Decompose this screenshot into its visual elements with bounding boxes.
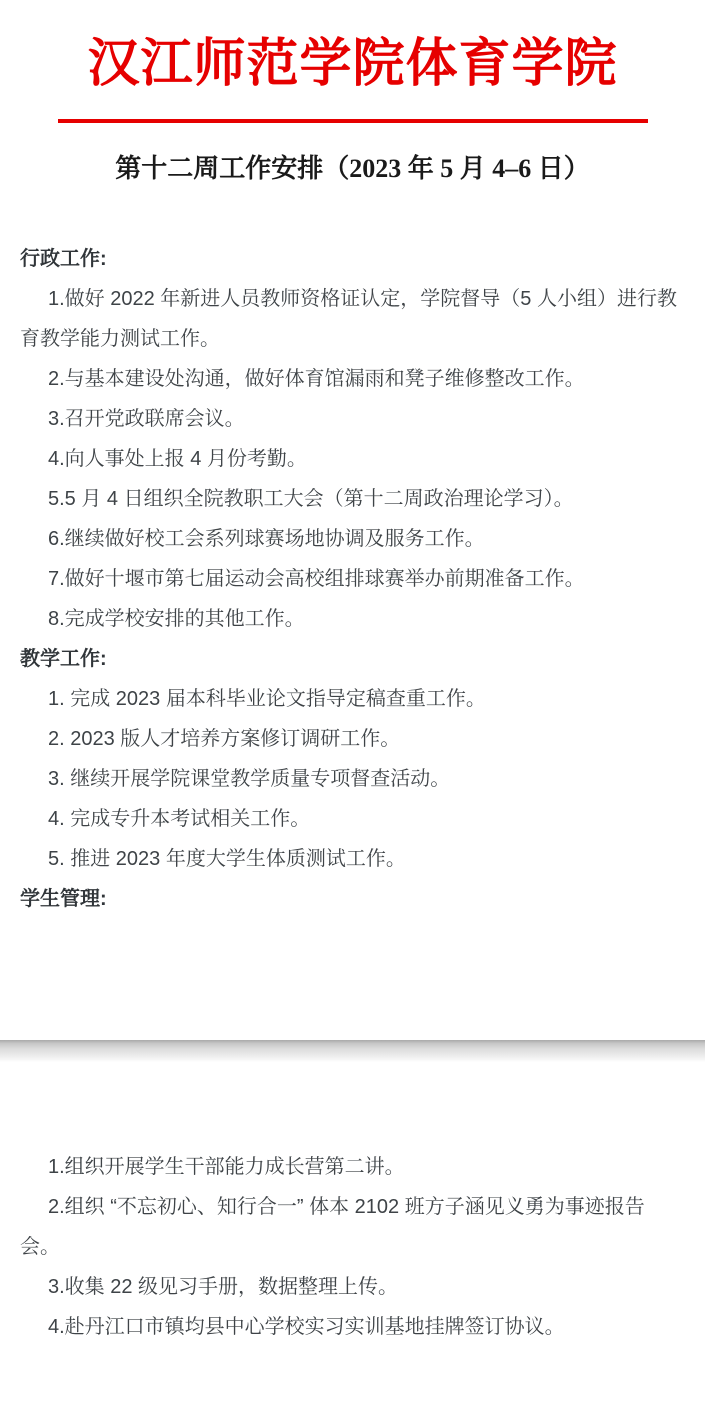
work-item: 1.组织开展学生干部能力成长营第二讲。 — [20, 1147, 685, 1187]
work-item: 4. 完成专升本考试相关工作。 — [20, 799, 685, 839]
section-heading: 行政工作: — [20, 239, 685, 279]
document-page-1: 汉江师范学院体育学院 第十二周工作安排（2023 年 5 月 4–6 日） 行政… — [0, 0, 705, 1040]
work-item: 2.组织 “不忘初心、知行合一” 体本 2102 班方子涵见义勇为事迹报告 会。 — [20, 1187, 685, 1267]
document-subtitle: 第十二周工作安排（2023 年 5 月 4–6 日） — [20, 153, 685, 185]
work-item: 4.赴丹江口市镇均县中心学校实习实训基地挂牌签订协议。 — [20, 1307, 685, 1347]
work-item: 2. 2023 版人才培养方案修订调研工作。 — [20, 719, 685, 759]
title-divider-line — [58, 119, 648, 123]
work-item: 1. 完成 2023 届本科毕业论文指导定稿查重工作。 — [20, 679, 685, 719]
work-item: 3.召开党政联席会议。 — [20, 399, 685, 439]
work-item: 3.收集 22 级见习手册，数据整理上传。 — [20, 1267, 685, 1307]
work-item: 8.完成学校安排的其他工作。 — [20, 599, 685, 639]
section-heading: 学生管理: — [20, 879, 685, 919]
section-heading: 教学工作: — [20, 639, 685, 679]
work-item: 3. 继续开展学院课堂教学质量专项督查活动。 — [20, 759, 685, 799]
work-item: 5. 推进 2023 年度大学生体质测试工作。 — [20, 839, 685, 879]
page1-content: 行政工作:1.做好 2022 年新进人员教师资格证认定，学院督导（5 人小组）进… — [20, 239, 685, 919]
page-title: 汉江师范学院体育学院 — [20, 33, 685, 97]
page-break-gap — [0, 1040, 705, 1062]
work-item: 6.继续做好校工会系列球赛场地协调及服务工作。 — [20, 519, 685, 559]
work-item: 2.与基本建设处沟通，做好体育馆漏雨和凳子维修整改工作。 — [20, 359, 685, 399]
work-item: 5.5 月 4 日组织全院教职工大会（第十二周政治理论学习）。 — [20, 479, 685, 519]
page2-content: 1.组织开展学生干部能力成长营第二讲。2.组织 “不忘初心、知行合一” 体本 2… — [20, 1147, 685, 1347]
work-item: 4.向人事处上报 4 月份考勤。 — [20, 439, 685, 479]
work-item: 7.做好十堰市第七届运动会高校组排球赛举办前期准备工作。 — [20, 559, 685, 599]
work-item: 1.做好 2022 年新进人员教师资格证认定，学院督导（5 人小组）进行教 育教… — [20, 279, 685, 359]
document-page-2: 1.组织开展学生干部能力成长营第二讲。2.组织 “不忘初心、知行合一” 体本 2… — [0, 1062, 705, 1408]
